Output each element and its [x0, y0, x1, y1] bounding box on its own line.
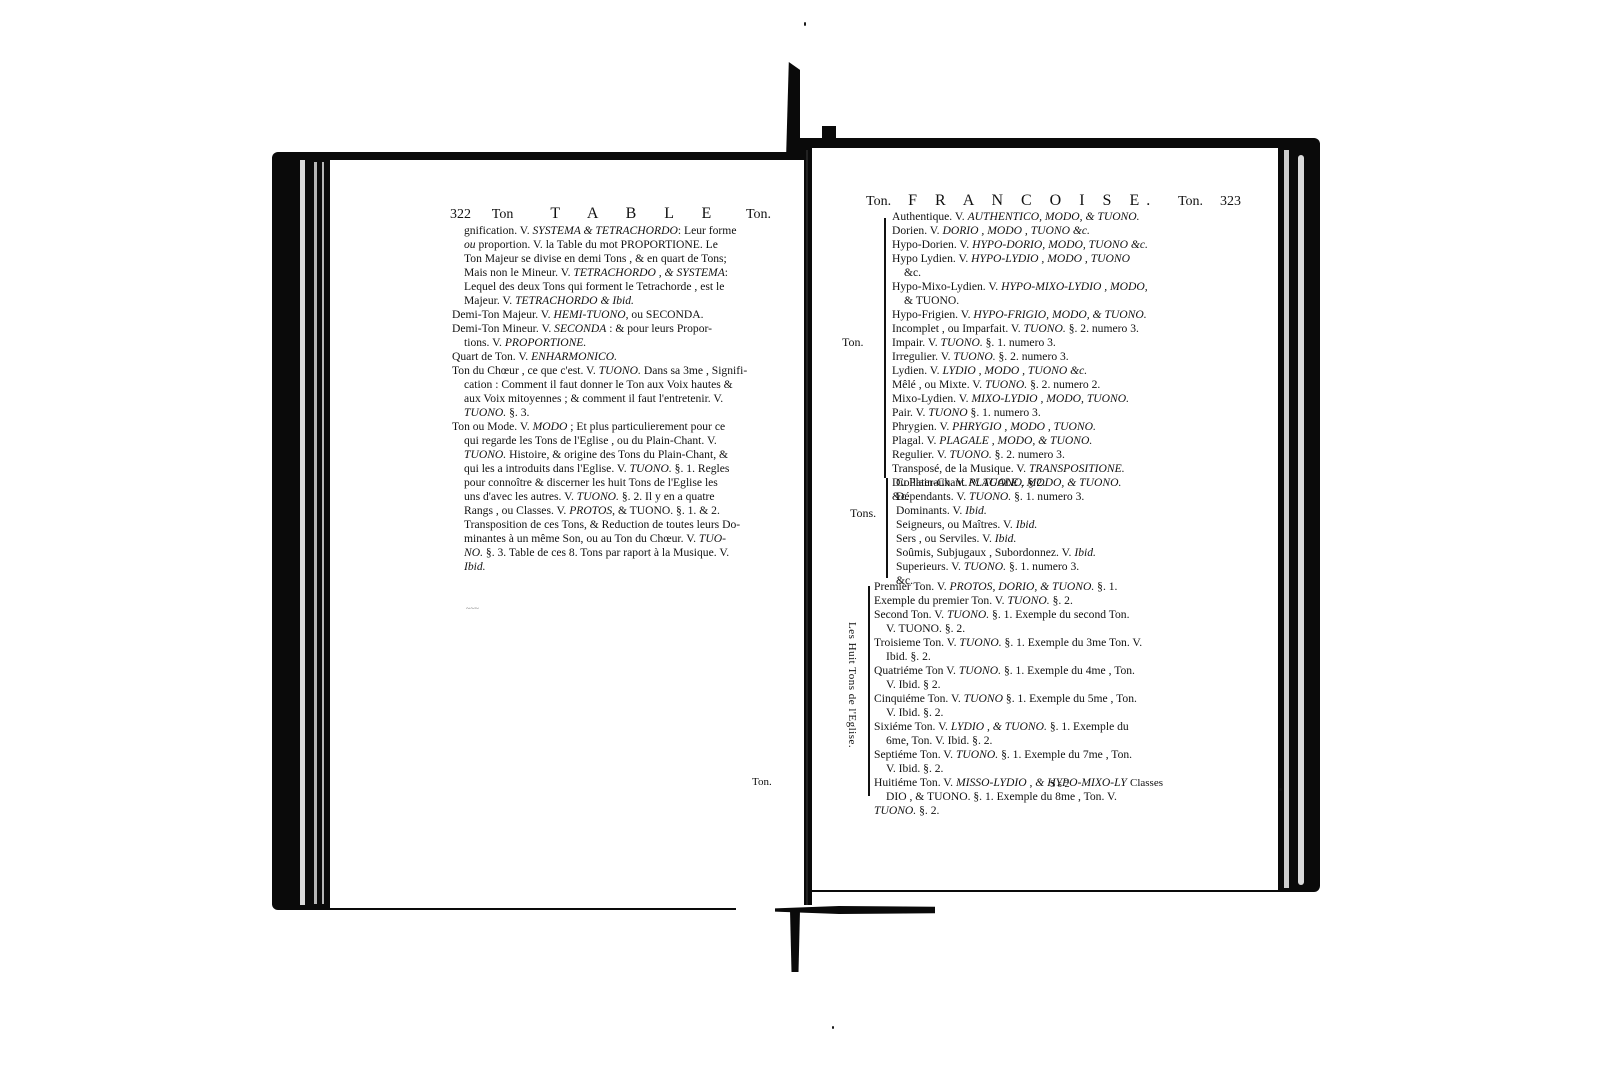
index-line: Transposition de ces Tons, & Reduction d… — [452, 518, 782, 532]
index-line: Lydien. V. LYDIO , MODO , TUONO &c. — [892, 364, 1202, 378]
spine-shadow-top — [786, 62, 800, 160]
index-line: tions. V. PROPORTIONE. — [452, 336, 782, 350]
index-line: Dorien. V. DORIO , MODO , TUONO &c. — [892, 224, 1202, 238]
brace — [868, 586, 870, 796]
index-line: Mêlé , ou Mixte. V. TUONO. §. 2. numero … — [892, 378, 1202, 392]
index-line: Quatriéme Ton V. TUONO. §. 1. Exemple du… — [874, 664, 1184, 678]
index-line: Hypo Lydien. V. HYPO-LYDIO , MODO , TUON… — [892, 252, 1202, 266]
index-line: uns d'avec les autres. V. TUONO. §. 2. I… — [452, 490, 782, 504]
index-line: Sers , ou Serviles. V. Ibid. — [896, 532, 1206, 546]
index-line: Mais non le Mineur. V. TETRACHORDO , & S… — [452, 266, 782, 280]
page-number: 323 — [1220, 194, 1241, 209]
ink-smudge: ~~~ — [466, 604, 479, 613]
group-label-huit-tons: Les Huit Tons de l'Eglise. — [846, 622, 858, 748]
index-line: Exemple du premier Ton. V. TUONO. §. 2. — [874, 594, 1184, 608]
index-line: Demi-Ton Majeur. V. HEMI-TUONO, ou SECON… — [452, 308, 782, 322]
index-line: Collateraux. V. PLAGALE , MODO, & TUONO. — [896, 476, 1206, 490]
header-right-word: Ton. — [1178, 194, 1203, 209]
catchword: Classes — [1130, 777, 1163, 789]
index-line: Ibid. — [452, 560, 782, 574]
index-line-continuation: &c. — [892, 266, 1202, 280]
index-line: qui regarde les Tons de l'Eglise , ou du… — [452, 434, 782, 448]
right-running-head: Ton. F R A N C O I S E. Ton. 323 — [866, 192, 1241, 210]
signature-mark: S s 2 — [1050, 779, 1069, 790]
index-line: Plagal. V. PLAGALE , MODO, & TUONO. — [892, 434, 1202, 448]
index-line: pour connoître & discerner les huit Tons… — [452, 476, 782, 490]
header-right-word: Ton. — [746, 207, 771, 222]
index-line-continuation: V. Ibid. §. 2. — [874, 762, 1184, 776]
page-edge — [314, 162, 317, 904]
page-edge — [1284, 150, 1289, 888]
left-running-head: 322 Ton T A B L E Ton. — [450, 205, 771, 223]
index-line: NO. §. 3. Table de ces 8. Tons par rapor… — [452, 546, 782, 560]
index-line: Ton ou Mode. V. MODO ; Et plus particuli… — [452, 420, 782, 434]
index-line-continuation: V. Ibid. §. 2. — [874, 706, 1184, 720]
index-line-continuation: 6me, Ton. V. Ibid. §. 2. — [874, 734, 1184, 748]
index-line: Seigneurs, ou Maîtres. V. Ibid. — [896, 518, 1206, 532]
header-left-word: Ton — [492, 207, 514, 222]
right-group-tons: Collateraux. V. PLAGALE , MODO, & TUONO.… — [896, 476, 1206, 588]
catchword: Ton. — [752, 776, 772, 788]
right-group-ton: Authentique. V. AUTHENTICO, MODO, & TUON… — [892, 210, 1202, 504]
index-line: Ton du Chœur , ce que c'est. V. TUONO. D… — [452, 364, 782, 378]
index-line: Sixiéme Ton. V. LYDIO , & TUONO. §. 1. E… — [874, 720, 1184, 734]
index-line: Incomplet , ou Imparfait. V. TUONO. §. 2… — [892, 322, 1202, 336]
spine-shadow-bottom — [790, 910, 800, 972]
ink-dot — [832, 1026, 834, 1029]
index-line: minantes à un même Son, ou au Ton du Chœ… — [452, 532, 782, 546]
index-line: Irregulier. V. TUONO. §. 2. numero 3. — [892, 350, 1202, 364]
book-spine — [806, 150, 808, 910]
index-line: Lequel des deux Tons qui forment le Tetr… — [452, 280, 782, 294]
index-line: Regulier. V. TUONO. §. 2. numero 3. — [892, 448, 1202, 462]
header-title: F R A N C O I S E. — [908, 192, 1157, 209]
index-line: Ton Majeur se divise en demi Tons , & en… — [452, 252, 782, 266]
index-line: Septiéme Ton. V. TUONO. §. 1. Exemple du… — [874, 748, 1184, 762]
index-line: Mixo-Lydien. V. MIXO-LYDIO , MODO, TUONO… — [892, 392, 1202, 406]
index-line: TUONO. §. 3. — [452, 406, 782, 420]
index-line: Premier Ton. V. PROTOS, DORIO, & TUONO. … — [874, 580, 1184, 594]
header-title: T A B L E — [550, 205, 723, 222]
page-edge — [322, 162, 324, 904]
index-line-continuation: DIO , & TUONO. §. 1. Exemple du 8me , To… — [874, 790, 1184, 804]
index-line: Dominants. V. Ibid. — [896, 504, 1206, 518]
header-left-word: Ton. — [866, 194, 891, 209]
index-line: ou proportion. V. la Table du mot PROPOR… — [452, 238, 782, 252]
index-line: Demi-Ton Mineur. V. SECONDA : & pour leu… — [452, 322, 782, 336]
left-page-text: gnification. V. SYSTEMA & TETRACHORDO: L… — [452, 224, 782, 574]
index-line: gnification. V. SYSTEMA & TETRACHORDO: L… — [452, 224, 782, 238]
index-line: Phrygien. V. PHRYGIO , MODO , TUONO. — [892, 420, 1202, 434]
index-line: cation : Comment il faut donner le Ton a… — [452, 378, 782, 392]
page-edge — [1298, 155, 1304, 885]
index-line: TUONO. §. 2. — [874, 804, 1184, 818]
index-line: Soûmis, Subjugaux , Subordonnez. V. Ibid… — [896, 546, 1206, 560]
brace — [886, 478, 888, 578]
group-label-tons: Tons. — [850, 506, 876, 521]
index-line: Majeur. V. TETRACHORDO & Ibid. — [452, 294, 782, 308]
page-number: 322 — [450, 207, 471, 222]
ink-dot — [804, 22, 806, 26]
index-line-continuation: Ibid. §. 2. — [874, 650, 1184, 664]
index-line: Rangs , ou Classes. V. PROTOS, & TUONO. … — [452, 504, 782, 518]
index-line: Impair. V. TUONO. §. 1. numero 3. — [892, 336, 1202, 350]
index-line-continuation: V. Ibid. § 2. — [874, 678, 1184, 692]
ink-dot — [1279, 788, 1282, 791]
group-label-ton: Ton. — [842, 335, 864, 350]
brace — [884, 218, 886, 478]
index-line: Second Ton. V. TUONO. §. 1. Exemple du s… — [874, 608, 1184, 622]
index-line-continuation: & TUONO. — [892, 294, 1202, 308]
index-line: Superieurs. V. TUONO. §. 1. numero 3. — [896, 560, 1206, 574]
index-line-continuation: V. TUONO. §. 2. — [874, 622, 1184, 636]
index-line: Hypo-Mixo-Lydien. V. HYPO-MIXO-LYDIO , M… — [892, 280, 1202, 294]
index-line: Cinquiéme Ton. V. TUONO §. 1. Exemple du… — [874, 692, 1184, 706]
index-line: Dépendants. V. TUONO. §. 1. numero 3. — [896, 490, 1206, 504]
index-line: TUONO. Histoire, & origine des Tons du P… — [452, 448, 782, 462]
index-line: Quart de Ton. V. ENHARMONICO. — [452, 350, 782, 364]
index-line: Troisieme Ton. V. TUONO. §. 1. Exemple d… — [874, 636, 1184, 650]
index-line: Transposé, de la Musique. V. TRANSPOSITI… — [892, 462, 1202, 476]
index-line: aux Voix mitoyennes ; & comment il faut … — [452, 392, 782, 406]
index-line: Hypo-Frigien. V. HYPO-FRIGIO, MODO, & TU… — [892, 308, 1202, 322]
index-line: Pair. V. TUONO §. 1. numero 3. — [892, 406, 1202, 420]
index-line: Hypo-Dorien. V. HYPO-DORIO, MODO, TUONO … — [892, 238, 1202, 252]
page-edge — [300, 160, 305, 905]
index-line: qui les a introduits dans l'Eglise. V. T… — [452, 462, 782, 476]
index-line: Authentique. V. AUTHENTICO, MODO, & TUON… — [892, 210, 1202, 224]
